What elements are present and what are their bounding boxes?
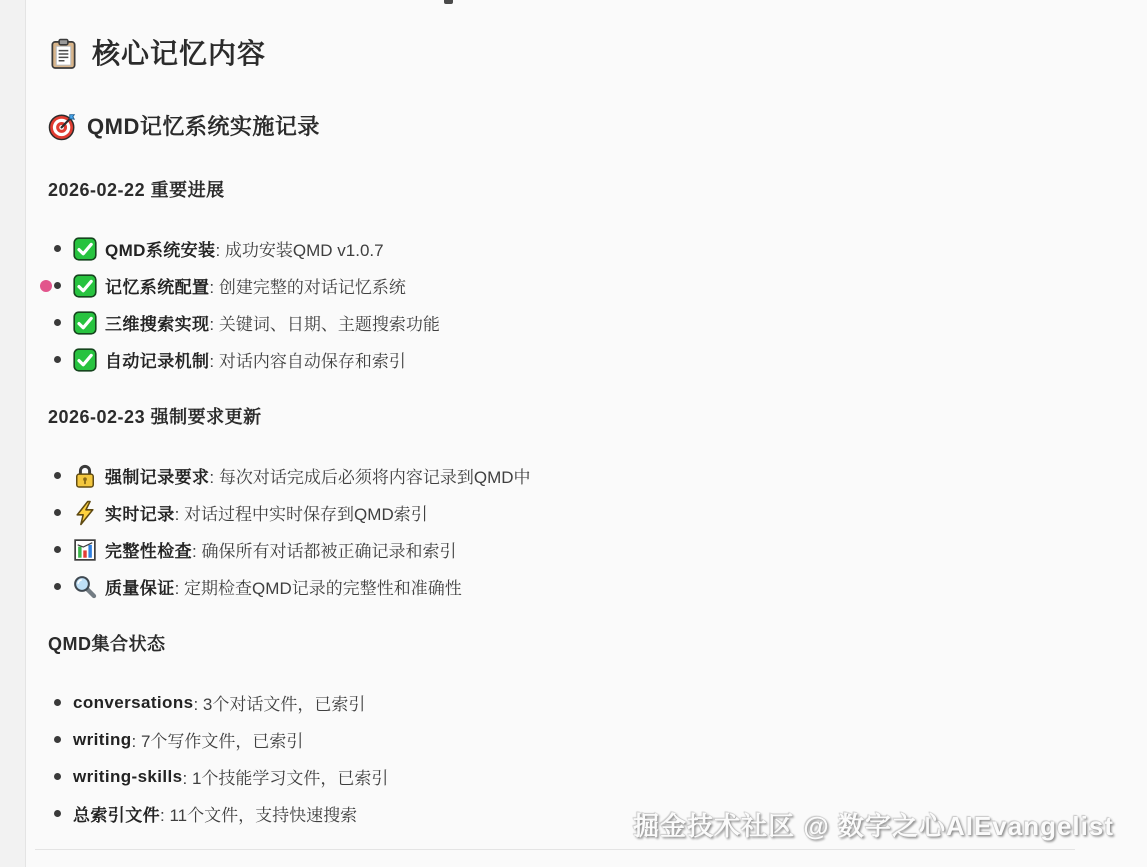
item-desc: : 关键词、日期、主题搜索功能 — [209, 310, 439, 335]
horizontal-divider — [35, 849, 1075, 850]
page-title-text: 核心记忆内容 — [92, 36, 266, 72]
magnifier-icon — [73, 574, 97, 600]
item-term: writing — [73, 730, 132, 750]
item-term: 三维搜索实现 — [105, 310, 209, 335]
list-item: QMD系统安装: 成功安装QMD v1.0.7 — [48, 230, 1147, 267]
item-desc: : 11个文件，支持快速搜索 — [160, 801, 357, 826]
target-icon — [48, 112, 77, 141]
section-collection-status: QMD集合状态 conversations: 3个对话文件，已索引 writin… — [0, 633, 1147, 832]
bullet-dot — [54, 810, 61, 817]
item-desc: : 对话内容自动保存和索引 — [209, 347, 405, 372]
item-term: 记忆系统配置 — [105, 273, 209, 298]
list-item: 自动记录机制: 对话内容自动保存和索引 — [48, 341, 1147, 378]
annotation-dot — [40, 280, 52, 292]
item-term: 实时记录 — [105, 500, 175, 525]
item-term: QMD系统安装 — [105, 236, 215, 261]
page-title: 核心记忆内容 — [48, 36, 1147, 72]
bar-chart-icon — [73, 537, 97, 563]
check-icon — [73, 273, 97, 299]
bullet-dot — [54, 699, 61, 706]
item-desc: : 成功安装QMD v1.0.7 — [215, 236, 383, 261]
item-term: writing-skills — [73, 767, 183, 787]
memory-document: 核心记忆内容 QMD记忆系统实施记录 2026-02-22 重要进展 QMD系统… — [0, 0, 1147, 860]
lock-icon — [73, 463, 97, 489]
subtitle-text: QMD记忆系统实施记录 — [87, 113, 320, 141]
item-term: 强制记录要求 — [105, 463, 209, 488]
item-desc: : 创建完整的对话记忆系统 — [209, 273, 405, 298]
bullet-dot — [54, 736, 61, 743]
item-desc: : 对话过程中实时保存到QMD索引 — [175, 500, 428, 525]
section-heading: 2026-02-22 重要进展 — [48, 179, 1147, 201]
bullet-dot — [54, 356, 61, 363]
item-desc: : 7个写作文件，已索引 — [132, 727, 304, 752]
list-item: writing-skills: 1个技能学习文件，已索引 — [48, 758, 1147, 795]
section-progress: 2026-02-22 重要进展 QMD系统安装: 成功安装QMD v1.0.7 … — [0, 179, 1147, 378]
item-desc: : 3个对话文件，已索引 — [193, 690, 365, 715]
list-item: 强制记录要求: 每次对话完成后必须将内容记录到QMD中 — [48, 457, 1147, 494]
item-desc: : 定期检查QMD记录的完整性和准确性 — [175, 574, 462, 599]
item-term: 总索引文件 — [73, 801, 160, 826]
item-desc: : 确保所有对话都被正确记录和索引 — [192, 537, 456, 562]
bullet-dot — [54, 773, 61, 780]
lightning-icon — [73, 500, 97, 526]
list-item: 质量保证: 定期检查QMD记录的完整性和准确性 — [48, 568, 1147, 605]
section-heading: QMD集合状态 — [48, 633, 1147, 655]
item-term: conversations — [73, 693, 193, 713]
item-desc: : 每次对话完成后必须将内容记录到QMD中 — [209, 463, 530, 488]
check-icon — [73, 347, 97, 373]
bullet-dot — [54, 583, 61, 590]
section-mandatory-update: 2026-02-23 强制要求更新 强制记录要求: 每次对话完成后必须将内容记录… — [0, 406, 1147, 605]
clipboard-icon — [48, 38, 79, 70]
bullet-dot — [54, 472, 61, 479]
list-item: writing: 7个写作文件，已索引 — [48, 721, 1147, 758]
bullet-dot — [54, 319, 61, 326]
bullet-dot — [54, 245, 61, 252]
item-term: 质量保证 — [105, 574, 175, 599]
list-item: 记忆系统配置: 创建完整的对话记忆系统 — [48, 267, 1147, 304]
document-subtitle: QMD记忆系统实施记录 — [48, 112, 1147, 141]
item-desc: : 1个技能学习文件，已索引 — [183, 764, 389, 789]
item-term: 自动记录机制 — [105, 347, 209, 372]
list-item: 实时记录: 对话过程中实时保存到QMD索引 — [48, 494, 1147, 531]
check-icon — [73, 310, 97, 336]
bullet-dot — [54, 509, 61, 516]
watermark: 掘金技术社区 @ 数字之心AIEvangelist — [633, 806, 1114, 843]
check-icon — [73, 236, 97, 262]
progress-list: QMD系统安装: 成功安装QMD v1.0.7 记忆系统配置: 创建完整的对话记… — [48, 230, 1147, 378]
list-item: 完整性检查: 确保所有对话都被正确记录和索引 — [48, 531, 1147, 568]
mandatory-list: 强制记录要求: 每次对话完成后必须将内容记录到QMD中 实时记录: 对话过程中实… — [48, 457, 1147, 605]
bullet-dot — [54, 282, 61, 289]
list-item: 三维搜索实现: 关键词、日期、主题搜索功能 — [48, 304, 1147, 341]
list-item: conversations: 3个对话文件，已索引 — [48, 684, 1147, 721]
section-heading: 2026-02-23 强制要求更新 — [48, 406, 1147, 428]
bullet-dot — [54, 546, 61, 553]
item-term: 完整性检查 — [105, 537, 192, 562]
